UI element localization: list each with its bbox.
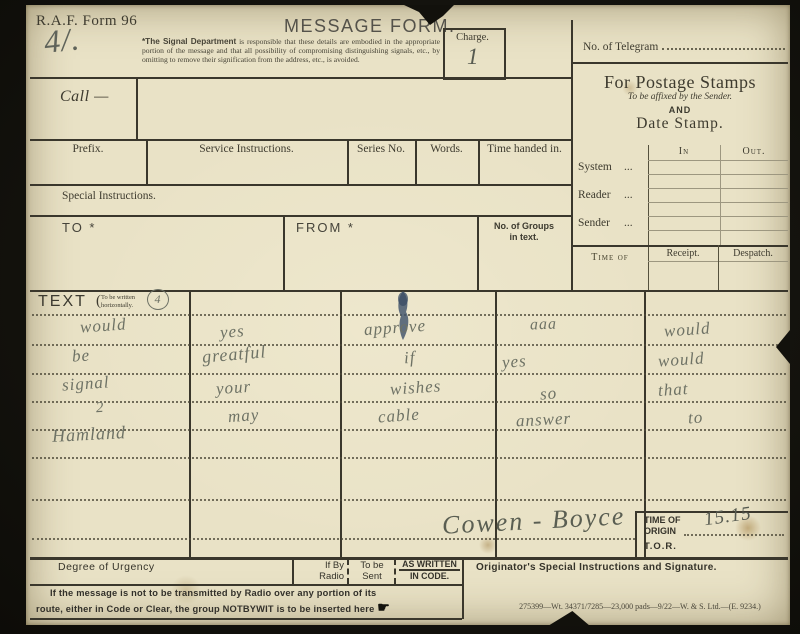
series-no-header: Series No. [347,143,415,155]
and-label: AND [575,105,785,115]
rule [30,139,571,141]
message-word: that [657,379,689,401]
dotted-leader [684,534,784,536]
notbywit-note-line2: route, either in Code or Clear, the grou… [36,599,390,616]
row-reader-label: Reader [578,189,611,201]
grid-line [292,559,294,584]
in-code-label: IN CODE. [397,571,462,581]
writing-line [32,457,786,459]
grid-line [635,511,637,557]
text-column-divider [189,290,191,557]
message-word: yes [501,351,527,373]
printer-imprint: 275399—Wt. 34371/7285—23,000 pads—9/22—W… [495,602,785,611]
message-word: so [539,383,557,404]
leader-dots: ... [624,161,633,173]
rule [30,215,571,217]
call-label: Call — [60,88,109,106]
date-stamp-label: Date Stamp. [575,115,785,133]
time-of-label: Time of [575,252,645,263]
grid-line [648,230,788,231]
message-word: 2 [95,400,105,418]
signal-note-bold: *The Signal Department [142,37,236,46]
time-handed-in-header: Time handed in. [478,143,571,155]
grid-line [648,216,788,217]
to-be-sent-label: To be Sent [352,560,392,582]
row-sender-label: Sender [578,217,610,229]
time-of-origin-label: TIME OF ORIGIN [644,515,681,536]
scanned-message-form: R.A.F. Form 96 4/. MESSAGE FORM. *The Si… [0,0,800,634]
message-word: Hamland [52,422,127,447]
charge-value-handwritten: 1 [467,44,480,70]
words-header: Words. [415,143,478,155]
grid-line [648,202,788,203]
grid-line [648,188,788,189]
leader-dots: ... [624,217,633,229]
postage-subtitle: To be affixed by the Sender. [575,92,785,102]
writing-line [32,538,635,540]
grid-line [718,245,719,290]
message-word: be [71,345,90,366]
grid-line [415,139,417,184]
dotted-leader [662,41,785,50]
rule [30,618,462,620]
pointing-hand-icon: ☛ [377,599,390,615]
charge-label: Charge. [443,32,502,43]
message-word: would [657,348,705,371]
writing-line [32,373,786,375]
rule [571,62,788,64]
grid-line [394,559,396,584]
receipt-header: Receipt. [648,248,718,259]
writing-line [32,401,786,403]
text-sub-line1: To be written [101,294,135,301]
leader-dots: ... [624,189,633,201]
originator-instructions-label: Originator's Special Instructions and Si… [476,562,717,573]
panel-divider [571,20,573,290]
grid-line [136,77,138,139]
rule [571,245,788,247]
rule [30,184,571,186]
grid-line [146,139,148,184]
writing-line [32,344,786,346]
message-word: your [215,377,251,399]
rule [30,584,462,586]
message-word: would [663,318,711,341]
prefix-header: Prefix. [30,143,146,155]
message-word: may [227,405,260,427]
message-word: cable [377,405,420,428]
col-in-header: In [648,146,720,157]
rule [30,77,571,79]
to-label: TO * [62,220,97,235]
message-word: if [403,348,416,369]
grid-line [347,559,349,584]
grid-line [648,145,649,290]
grid-line [283,215,285,290]
groups-line2: in text. [509,232,538,242]
message-word: wishes [389,376,442,400]
special-instructions-label: Special Instructions. [62,190,156,202]
grid-line [648,174,788,175]
text-sub-line2: horizontally. [101,302,133,309]
signal-department-note: *The Signal Department is responsible th… [142,37,440,64]
if-by-radio-label: If By Radio [300,560,344,582]
message-word: yes [219,321,245,343]
postage-title: For Postage Stamps [575,72,785,93]
grid-line [478,139,480,184]
grid-line [462,559,464,619]
handwritten-file-number: 4/. [42,20,82,61]
message-word: would [79,314,127,337]
service-instructions-header: Service Instructions. [146,143,347,155]
message-word: aaa [530,316,558,335]
circled-group-count: 4 [147,289,169,310]
as-written-label: AS WRITTEN [397,559,462,569]
message-word: to [687,407,704,428]
groups-line1: No. of Groups [494,221,554,231]
groups-in-text-label: No. of Groups in text. [477,221,571,242]
writing-line [32,499,786,501]
despatch-header: Despatch. [718,248,788,259]
grid-line [648,160,788,161]
telegram-number-label: No. of Telegram [583,41,658,53]
text-sub-note: ( To be written horizontally. [96,293,135,310]
notbywit-note-line1: If the message is not to be transmitted … [50,588,376,598]
degree-of-urgency-label: Degree of Urgency [58,561,155,573]
grid-line [347,139,349,184]
message-word: answer [516,409,572,432]
col-out-header: Out. [720,146,788,157]
row-system-label: System [578,161,612,173]
writing-line [32,429,786,431]
text-column-divider [340,290,342,557]
text-section-label: TEXT [38,293,87,311]
tor-label: T.O.R. [644,541,677,552]
message-word: signal [61,372,110,395]
from-label: FROM * [296,220,355,235]
telegram-number-row: No. of Telegram [583,41,785,53]
